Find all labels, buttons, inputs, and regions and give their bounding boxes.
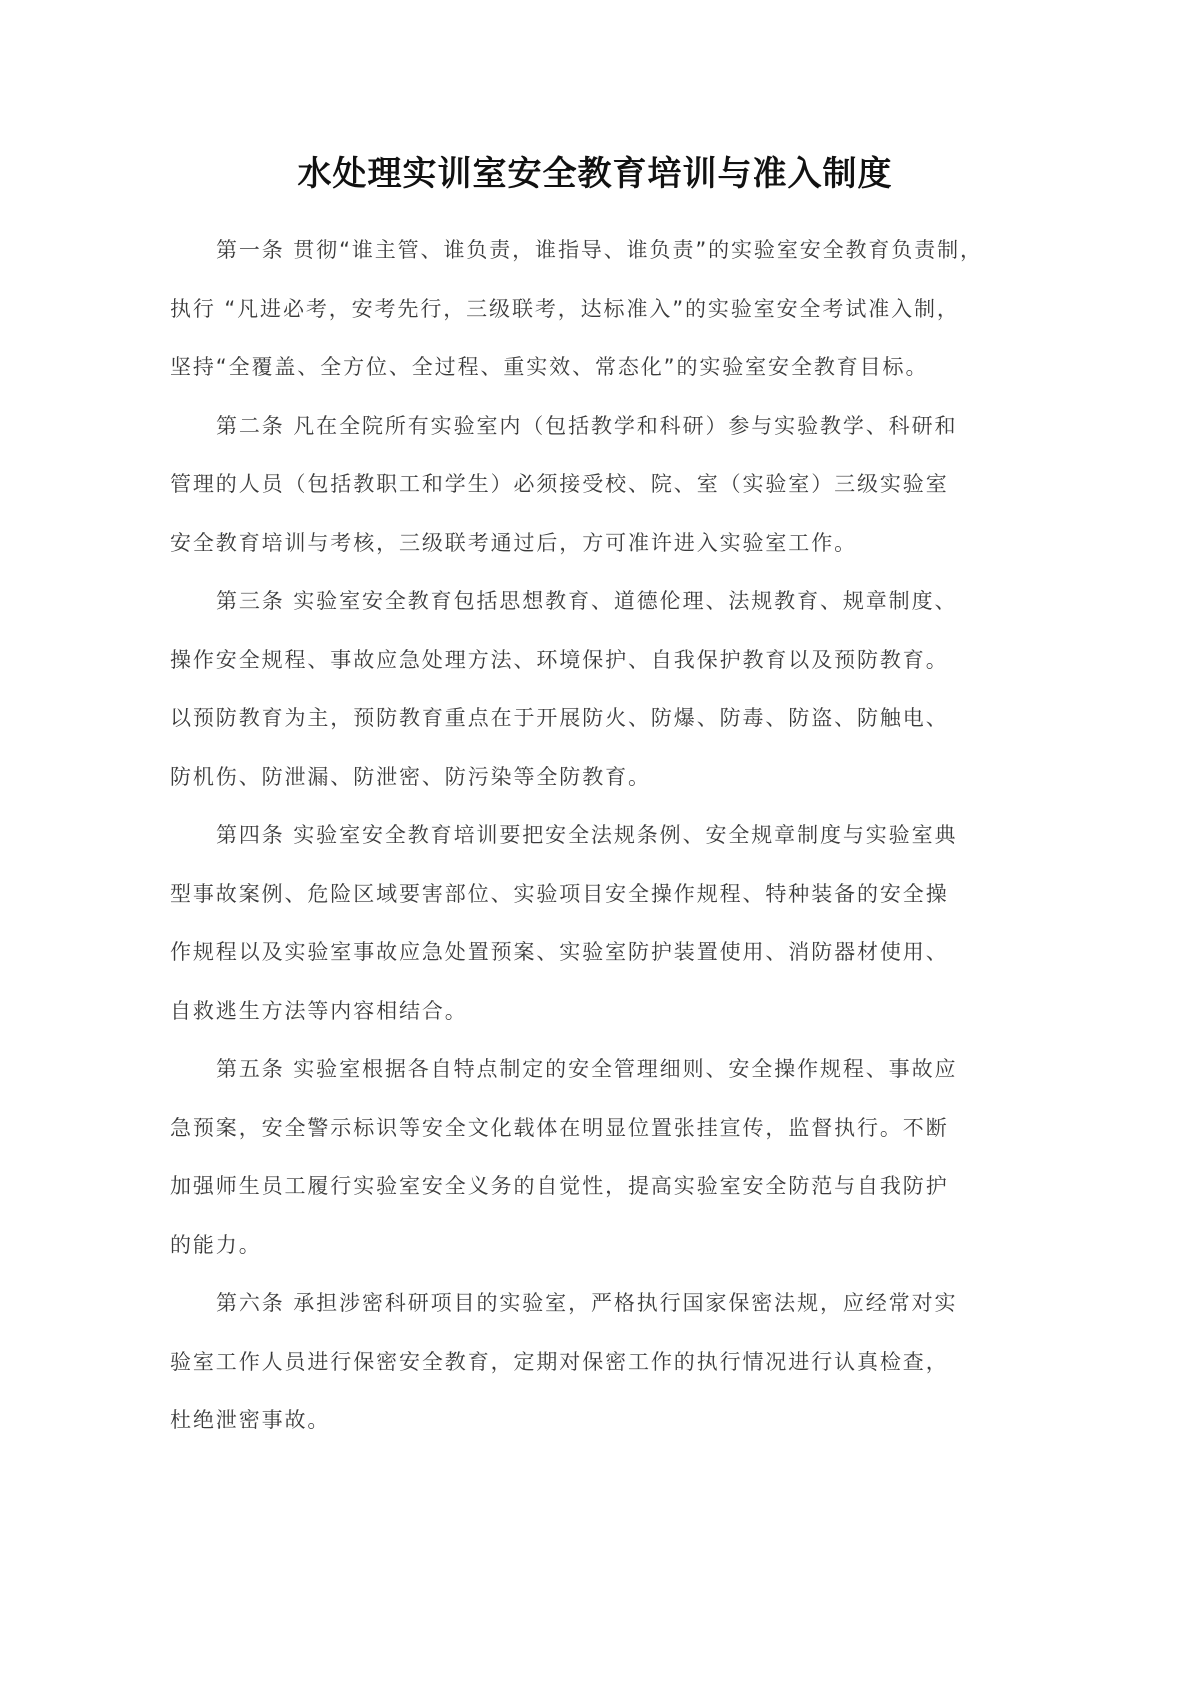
article-3-line-4: 防机伤、防泄漏、防泄密、防污染等全防教育。 (170, 748, 950, 807)
article-6-line-1: 第六条 承担涉密科研项目的实验室，严格执行国家保密法规，应经常对实 (170, 1274, 950, 1333)
article-1: 第一条 贯彻“谁主管、谁负责，谁指导、谁负责”的实验室安全教育负责制， 执行 “… (170, 221, 950, 397)
article-4-line-2: 型事故案例、危险区域要害部位、实验项目安全操作规程、特种装备的安全操 (170, 865, 950, 924)
article-1-line-1: 第一条 贯彻“谁主管、谁负责，谁指导、谁负责”的实验室安全教育负责制， (170, 221, 950, 280)
document-body: 第一条 贯彻“谁主管、谁负责，谁指导、谁负责”的实验室安全教育负责制， 执行 “… (170, 221, 950, 1450)
article-6: 第六条 承担涉密科研项目的实验室，严格执行国家保密法规，应经常对实 验室工作人员… (170, 1274, 950, 1450)
article-4-line-1: 第四条 实验室安全教育培训要把安全法规条例、安全规章制度与实验室典 (170, 806, 950, 865)
article-4: 第四条 实验室安全教育培训要把安全法规条例、安全规章制度与实验室典 型事故案例、… (170, 806, 950, 1040)
article-2: 第二条 凡在全院所有实验室内（包括教学和科研）参与实验教学、科研和 管理的人员（… (170, 397, 950, 573)
article-3-line-1: 第三条 实验室安全教育包括思想教育、道德伦理、法规教育、规章制度、 (170, 572, 950, 631)
article-2-line-1: 第二条 凡在全院所有实验室内（包括教学和科研）参与实验教学、科研和 (170, 397, 950, 456)
article-2-line-3: 安全教育培训与考核，三级联考通过后，方可准许进入实验室工作。 (170, 514, 950, 573)
article-5-line-1: 第五条 实验室根据各自特点制定的安全管理细则、安全操作规程、事故应 (170, 1040, 950, 1099)
article-3-line-2: 操作安全规程、事故应急处理方法、环境保护、自我保护教育以及预防教育。 (170, 631, 950, 690)
document-title: 水处理实训室安全教育培训与准入制度 (0, 152, 1190, 196)
article-3: 第三条 实验室安全教育包括思想教育、道德伦理、法规教育、规章制度、 操作安全规程… (170, 572, 950, 806)
article-6-line-2: 验室工作人员进行保密安全教育，定期对保密工作的执行情况进行认真检查， (170, 1333, 950, 1392)
article-5: 第五条 实验室根据各自特点制定的安全管理细则、安全操作规程、事故应 急预案，安全… (170, 1040, 950, 1274)
article-2-line-2: 管理的人员（包括教职工和学生）必须接受校、院、室（实验室）三级实验室 (170, 455, 950, 514)
article-1-line-3: 坚持“全覆盖、全方位、全过程、重实效、常态化”的实验室安全教育目标。 (170, 338, 950, 397)
article-1-line-2: 执行 “凡进必考，安考先行，三级联考，达标准入”的实验室安全考试准入制， (170, 280, 950, 339)
article-5-line-2: 急预案，安全警示标识等安全文化载体在明显位置张挂宣传，监督执行。不断 (170, 1099, 950, 1158)
article-5-line-4: 的能力。 (170, 1216, 950, 1275)
article-4-line-4: 自救逃生方法等内容相结合。 (170, 982, 950, 1041)
article-4-line-3: 作规程以及实验室事故应急处置预案、实验室防护装置使用、消防器材使用、 (170, 923, 950, 982)
document-page: 水处理实训室安全教育培训与准入制度 第一条 贯彻“谁主管、谁负责，谁指导、谁负责… (0, 0, 1190, 1683)
article-5-line-3: 加强师生员工履行实验室安全义务的自觉性，提高实验室安全防范与自我防护 (170, 1157, 950, 1216)
article-3-line-3: 以预防教育为主，预防教育重点在于开展防火、防爆、防毒、防盗、防触电、 (170, 689, 950, 748)
article-6-line-3: 杜绝泄密事故。 (170, 1391, 950, 1450)
